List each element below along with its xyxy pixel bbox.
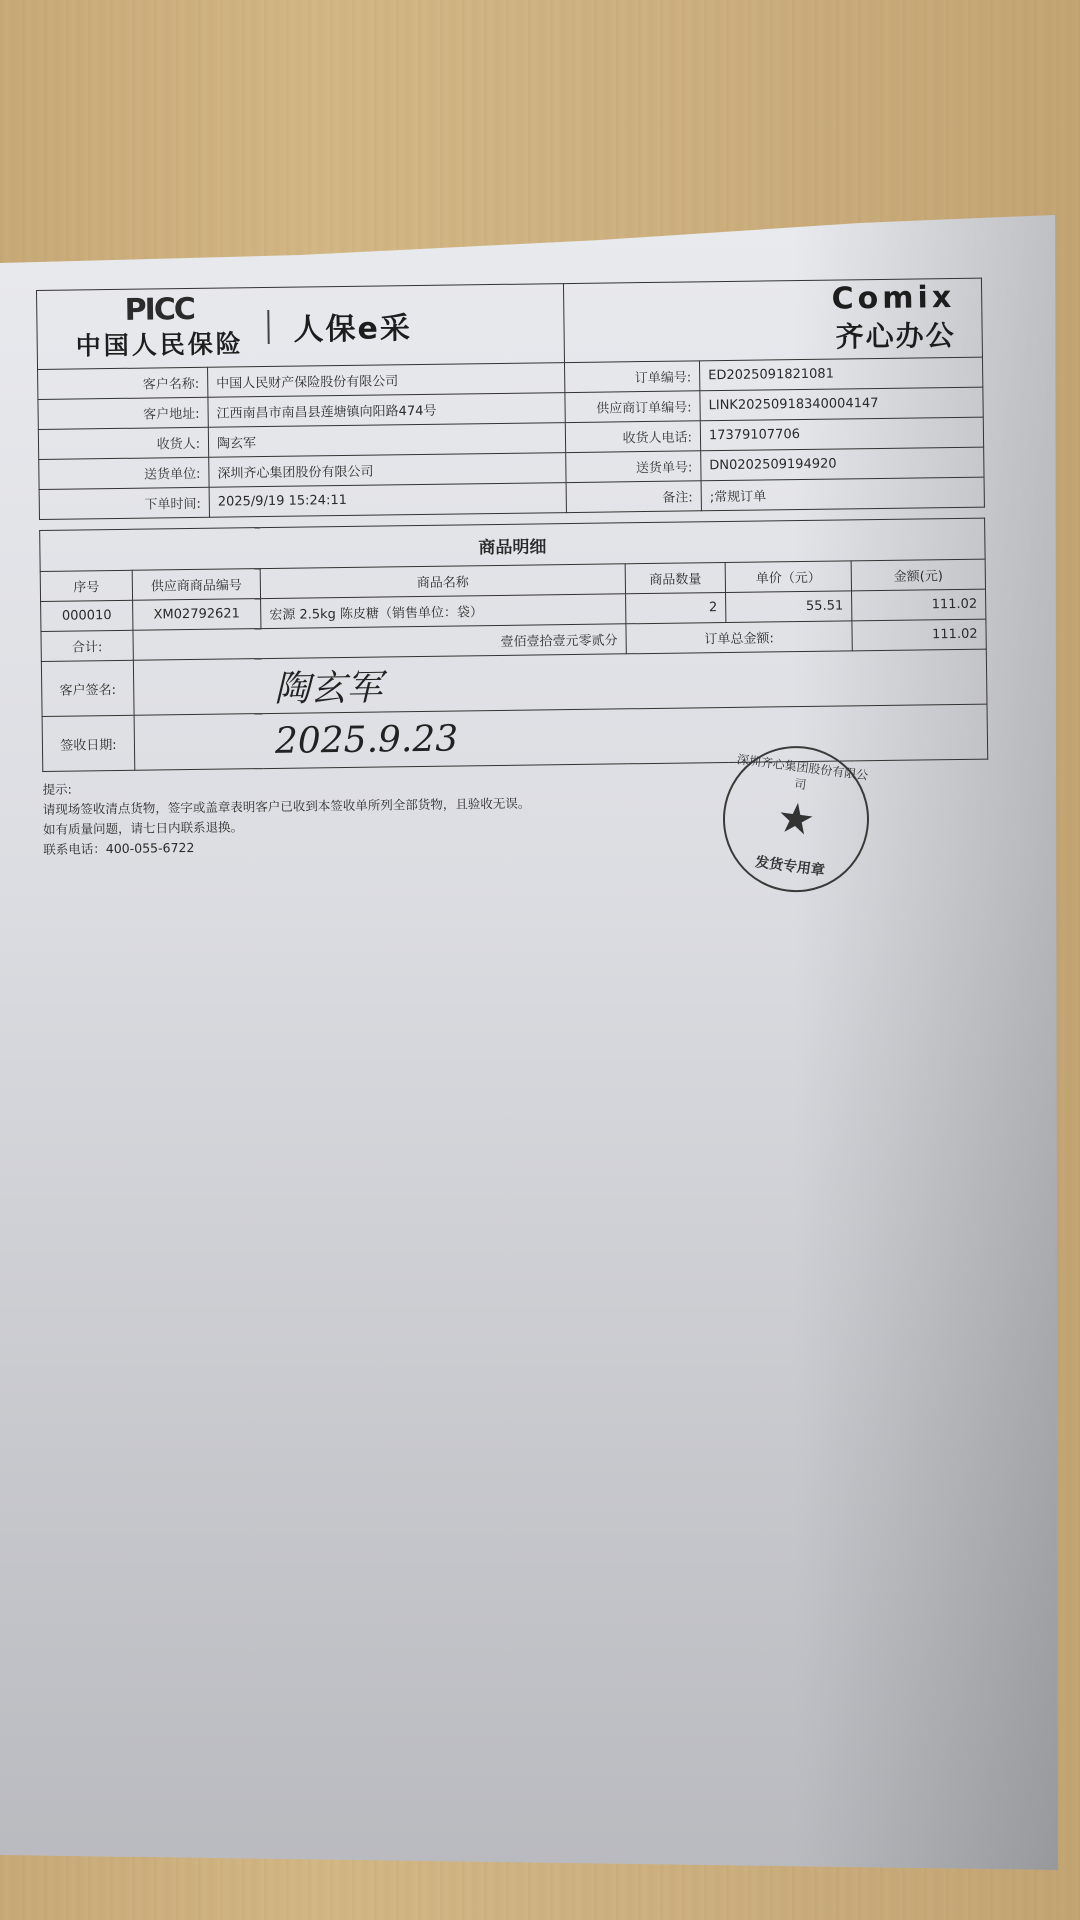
logo-divider bbox=[267, 310, 269, 344]
consignee-label: 收货人: bbox=[38, 427, 208, 459]
shipper-label: 送货单位: bbox=[39, 457, 209, 489]
star-icon: ★ bbox=[775, 796, 818, 842]
customer-address-label: 客户地址: bbox=[38, 397, 208, 429]
header-info-table: PICC 中国人民保险 人保e采 Comix 齐心办公 客户名称: 中国人民财产… bbox=[36, 278, 985, 520]
shipper-value: 深圳齐心集团股份有限公司 bbox=[209, 453, 566, 488]
consignee-phone-label: 收货人电话: bbox=[565, 421, 700, 453]
items-table: 商品明细 序号 供应商商品编号 商品名称 商品数量 单价（元） 金额(元) 00… bbox=[39, 518, 988, 772]
column-header-unit-price: 单价（元） bbox=[725, 561, 851, 593]
order-total-label: 订单总金额: bbox=[626, 621, 852, 654]
buyer-logo-cell: PICC 中国人民保险 人保e采 bbox=[37, 284, 565, 370]
picc-logo-mark: PICC bbox=[124, 295, 194, 326]
handwritten-sign-date: 2025.9.23 bbox=[134, 704, 988, 770]
order-number-value: ED2025091821081 bbox=[699, 357, 982, 391]
signature-label: 客户签名: bbox=[41, 660, 134, 716]
item-seq: 000010 bbox=[41, 600, 133, 631]
total-label: 合计: bbox=[41, 630, 133, 661]
order-time-label: 下单时间: bbox=[39, 487, 209, 519]
comix-logo-mark: Comix bbox=[572, 282, 955, 319]
item-sku: XM02792621 bbox=[133, 599, 261, 631]
remarks-label: 备注: bbox=[566, 481, 701, 513]
comix-logo-text: 齐心办公 bbox=[572, 314, 955, 359]
picc-logo-text: 中国人民保险 bbox=[75, 324, 243, 362]
delivery-number-label: 送货单号: bbox=[566, 451, 701, 483]
sign-date-row: 签收日期: 2025.9.23 bbox=[42, 704, 988, 771]
delivery-number-value: DN0202509194920 bbox=[701, 447, 984, 481]
remarks-value: ;常规订单 bbox=[701, 477, 984, 511]
column-header-amount: 金额(元) bbox=[851, 559, 985, 591]
supplier-logo-cell: Comix 齐心办公 bbox=[563, 278, 982, 362]
consignee-value: 陶玄军 bbox=[208, 423, 565, 458]
delivery-receipt: PICC 中国人民保险 人保e采 Comix 齐心办公 客户名称: 中国人民财产… bbox=[36, 278, 989, 860]
item-name: 宏源 2.5kg 陈皮糖（销售单位：袋） bbox=[261, 594, 626, 629]
order-time-value: 2025/9/19 15:24:11 bbox=[209, 483, 566, 518]
picc-logo: PICC 中国人民保险 bbox=[75, 294, 244, 362]
column-header-qty: 商品数量 bbox=[625, 563, 725, 594]
item-unit-price: 55.51 bbox=[726, 591, 852, 623]
supplier-order-number-value: LINK20250918340004147 bbox=[700, 387, 983, 421]
order-number-label: 订单编号: bbox=[564, 361, 699, 393]
item-qty: 2 bbox=[626, 593, 726, 624]
platform-logo: 人保e采 bbox=[293, 303, 412, 349]
sign-date-label: 签收日期: bbox=[42, 715, 135, 771]
order-total-value: 111.02 bbox=[852, 619, 986, 651]
customer-name-label: 客户名称: bbox=[38, 367, 208, 399]
supplier-order-number-label: 供应商订单编号: bbox=[565, 391, 700, 423]
column-header-name: 商品名称 bbox=[260, 564, 625, 599]
item-amount: 111.02 bbox=[852, 589, 986, 621]
customer-address-value: 江西南昌市南昌县莲塘镇向阳路474号 bbox=[208, 393, 565, 428]
column-header-seq: 序号 bbox=[40, 570, 132, 601]
customer-name-value: 中国人民财产保险股份有限公司 bbox=[208, 363, 565, 398]
column-header-sku: 供应商商品编号 bbox=[132, 569, 260, 601]
consignee-phone-value: 17379107706 bbox=[700, 417, 983, 451]
logo-row: PICC 中国人民保险 人保e采 Comix 齐心办公 bbox=[37, 278, 983, 369]
